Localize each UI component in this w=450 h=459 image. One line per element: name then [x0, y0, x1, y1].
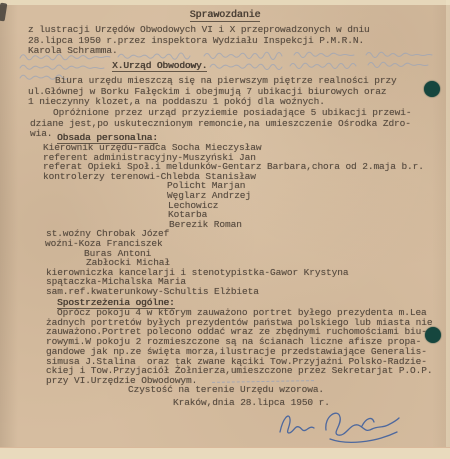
- punch-dot-top: [424, 81, 440, 97]
- doc-title: Sprawozdanie: [0, 11, 450, 21]
- scan-edge-right: [446, 0, 450, 459]
- intro-line: 28.lipca 1950 r.przez inspektora Wydział…: [28, 36, 364, 46]
- scanned-document-page: Sprawozdanie z lustracji Urzędów Obwodow…: [0, 0, 450, 459]
- renovation-line: Opróżnione przez urząd przyziemie posiad…: [53, 108, 411, 118]
- punch-dot-bottom: [425, 327, 441, 343]
- section-heading: X.Urząd Obwodowy.: [112, 61, 207, 71]
- premises-line: Biura urzędu mieszczą się na pierwszym p…: [55, 76, 397, 86]
- staff-line: sam.ref.kwaterunkowy-Schultis Elżbieta: [46, 287, 259, 297]
- premises-line: 1 nieczynny klozet,a na poddaszu 1 pokój…: [28, 97, 325, 107]
- premises-line: ul.Głównej w Borku Fałęckim i obejmują 7…: [28, 87, 386, 97]
- intro-line: z lustracji Urzędów Obwodowych VI i X pr…: [28, 25, 370, 35]
- renovation-line: wia.: [30, 129, 52, 139]
- scan-edge-top: [0, 0, 450, 5]
- signature: [276, 404, 408, 448]
- staff-line: Berezik Roman: [169, 220, 242, 230]
- cleanliness-note: Czystość na terenie Urzędu wzorowa.: [128, 385, 324, 395]
- renovation-line: dziane jest,po uskutecznionym remoncie,n…: [30, 119, 411, 129]
- scan-edge-bottom: [0, 447, 450, 459]
- pencil-dash-annotation: [212, 380, 314, 383]
- doc-title-text: Sprawozdanie: [190, 10, 261, 22]
